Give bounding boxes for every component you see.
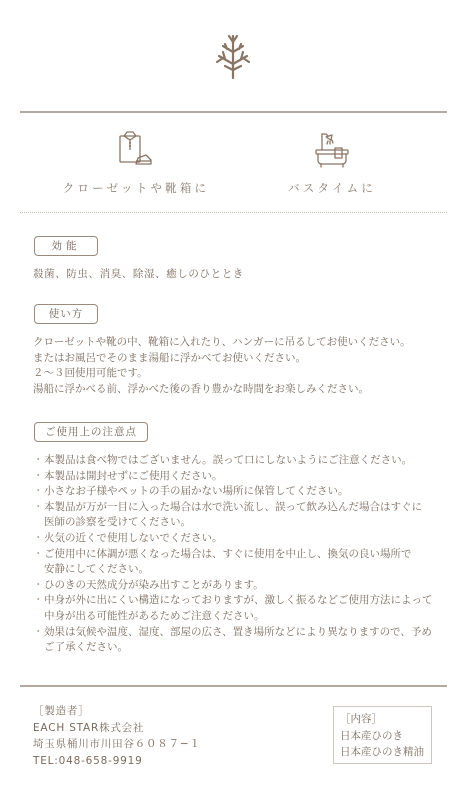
usecase-bath-label: バスタイムに (242, 180, 422, 196)
bathtub-shower-icon (312, 130, 352, 170)
manufacturer-company: EACH STAR株式会社 (33, 720, 201, 737)
caution-item: ・本製品が万が一目に入った場合は水で洗い流し、誤って飲み込んだ場合はすぐに 医師… (33, 500, 433, 531)
caution-text: 本製品は食べ物ではございません。誤って口にしないようにご注意ください。 (44, 454, 412, 466)
caution-text: 中身が外に出にくい構造になっておりますが、激しく振るなどご使用方法によって 中身… (44, 594, 433, 622)
usecase-closet: クローゼットや靴箱に (46, 130, 226, 196)
dotted-divider (20, 212, 447, 213)
effect-text: 殺菌、防虫、消臭、除湿、癒しのひととき (33, 267, 244, 283)
caution-text: 本製品は開封せずにご使用ください。 (44, 470, 223, 482)
bullet-dot: ・ (33, 484, 44, 500)
shirt-and-shoe-icon (116, 130, 156, 170)
bottom-divider (20, 685, 447, 687)
caution-text: 効果は気候や温度、湿度、部屋の広さ、置き場所などにより異なりますので、予め ご了… (44, 626, 432, 654)
contents-heading: ［内容］ (340, 711, 431, 728)
caution-item: ・本製品は食べ物ではございません。誤って口にしないようにご注意ください。 (33, 453, 433, 469)
caution-item: ・効果は気候や温度、湿度、部屋の広さ、置き場所などにより異なりますので、予め ご… (33, 625, 433, 656)
manufacturer-address: 埼玉県桶川市川田谷６０８７−１ (33, 736, 201, 753)
contents-box: ［内容］ 日本産ひのき 日本産ひのき精油 (333, 706, 432, 764)
caution-text: 本製品が万が一目に入った場合は水で洗い流し、誤って飲み込んだ場合はすぐに 医師の… (44, 501, 422, 529)
bullet-dot: ・ (33, 453, 44, 469)
contents-item: 日本産ひのき (340, 728, 431, 745)
bullet-dot: ・ (33, 531, 44, 547)
bullet-dot: ・ (33, 469, 44, 485)
caution-item: ・火気の近くで使用しないでください。 (33, 531, 433, 547)
caution-heading: ご使用上の注意点 (34, 422, 148, 442)
top-divider (20, 111, 447, 113)
usage-line: ２～３回使用可能です。 (33, 366, 411, 382)
effect-heading: 効能 (34, 236, 98, 256)
caution-text: ひのきの天然成分が染み出すことがあります。 (44, 579, 264, 591)
caution-text: 火気の近くで使用しないでください。 (44, 532, 223, 544)
usage-line: クローゼットや靴の中、靴箱に入れたり、ハンガーに吊るしてお使いください。 (33, 335, 411, 351)
hinoki-branch-icon (213, 32, 253, 80)
caution-item: ・ご使用中に体調が悪くなった場合は、すぐに使用を中止し、換気の良い場所で 安静に… (33, 547, 433, 578)
caution-item: ・小さなお子様やペットの手の届かない場所に保管してください。 (33, 484, 433, 500)
caution-list: ・本製品は食べ物ではございません。誤って口にしないようにご注意ください。 ・本製… (33, 453, 433, 656)
caution-item: ・本製品は開封せずにご使用ください。 (33, 469, 433, 485)
usage-heading: 使い方 (34, 304, 98, 324)
bullet-dot: ・ (33, 625, 44, 641)
bullet-dot: ・ (33, 547, 44, 563)
caution-text: 小さなお子様やペットの手の届かない場所に保管してください。 (44, 485, 349, 497)
caution-text: ご使用中に体調が悪くなった場合は、すぐに使用を中止し、換気の良い場所で 安静にし… (44, 548, 412, 576)
usage-text: クローゼットや靴の中、靴箱に入れたり、ハンガーに吊るしてお使いください。 または… (33, 335, 411, 397)
usage-line: 湯船に浮かべる前、浮かべた後の香り豊かな時間をお楽しみください。 (33, 382, 411, 398)
caution-item: ・ひのきの天然成分が染み出すことがあります。 (33, 578, 433, 594)
caution-item: ・中身が外に出にくい構造になっておりますが、激しく振るなどご使用方法によって 中… (33, 593, 433, 624)
manufacturer-info: ［製造者］ EACH STAR株式会社 埼玉県桶川市川田谷６０８７−１ TEL:… (33, 703, 201, 769)
bullet-dot: ・ (33, 500, 44, 516)
manufacturer-heading: ［製造者］ (33, 703, 201, 720)
usecase-closet-label: クローゼットや靴箱に (46, 180, 226, 196)
usage-line: またはお風呂でそのまま湯船に浮かべてお使いください。 (33, 351, 411, 367)
bullet-dot: ・ (33, 593, 44, 609)
bullet-dot: ・ (33, 578, 44, 594)
manufacturer-phone: TEL:048-658-9919 (33, 753, 201, 770)
usecase-bath: バスタイムに (242, 130, 422, 196)
contents-item: 日本産ひのき精油 (340, 744, 431, 761)
